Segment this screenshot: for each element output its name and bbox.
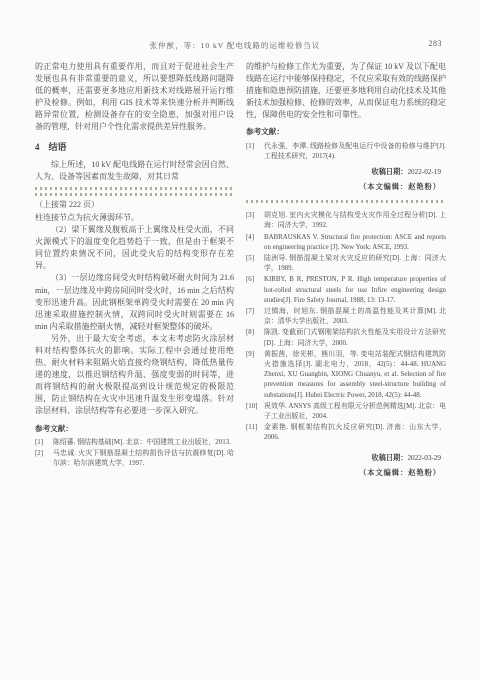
reference-item: [6] KIRBY, B R, PRESTON, P R. High tempe… xyxy=(246,275,446,306)
reference-number: [3] xyxy=(246,211,264,231)
reference-text: 陈凯. 变截面门式钢刚架结构抗火性能及实用设计方法研究[D]. 上海：同济大学，… xyxy=(264,328,446,348)
reference-number: [2] xyxy=(35,449,53,469)
reference-item: [11] 金素艳. 钢框架结构抗火反应研究[D]. 济南：山东大学，2006. xyxy=(246,423,446,443)
conclusion-paragraph: 综上所述，10 kV 配电线路在运行时经常会因自然、人为、设备等因素而发生故障，… xyxy=(35,159,234,183)
reference-number: [5] xyxy=(246,254,264,274)
page-number: 283 xyxy=(429,39,443,48)
reference-item: [1] 陈绍蕃. 钢结构基础[M]. 北京：中国建筑工业出版社，2013. xyxy=(35,438,234,448)
squiggle-divider xyxy=(35,187,234,190)
reference-item: [3] 胡克旭. 室内火灾模化与结构受火灾作用全过程分析[D]. 上海：同济大学… xyxy=(246,211,446,231)
references-heading: 参考文献： xyxy=(246,126,446,138)
reference-item: [5] 陆洲导. 钢筋混凝土梁对火灾反应的研究[D]. 上海：同济大学，1989… xyxy=(246,254,446,274)
paper-page: 张仲猷，等：10 kV 配电线路的运维检修刍议 283 的正常电力使用具有重要作… xyxy=(0,0,480,679)
received-date-value: 2022-03-29 xyxy=(407,454,441,462)
reference-item: [7] 过镇海，时旭东. 钢筋混凝土的高温性能及其计算[M]. 北京：清华大学出… xyxy=(246,307,446,327)
section-number: 4 xyxy=(35,142,40,152)
reference-number: [1] xyxy=(35,438,53,448)
section-heading: 4结语 xyxy=(35,141,234,153)
reference-text: 代永强，李潭. 线路检修及配电运行中设备的检修与维护[J]. 工程技术研究，20… xyxy=(264,142,446,162)
reference-number: [8] xyxy=(246,328,264,348)
reference-text: 过镇海，时旭东. 钢筋混凝土的高温性能及其计算[M]. 北京：清华大学出版社，2… xyxy=(264,307,446,327)
continued-paragraph: 柱连接节点为抗火薄弱环节。 xyxy=(35,212,234,224)
reference-number: [9] xyxy=(246,350,264,401)
reference-text: KIRBY, B R, PRESTON, P R. High temperatu… xyxy=(264,275,446,306)
reference-number: [6] xyxy=(246,275,264,306)
references-list-top: [1] 代永强，李潭. 线路检修及配电运行中设备的检修与维护[J]. 工程技术研… xyxy=(246,142,446,162)
intro-paragraph: 的正常电力使用具有重要作用，而且对于促进社会生产发展也具有非常重要的意义，所以要… xyxy=(35,61,234,134)
reference-item: [8] 陈凯. 变截面门式钢刚架结构抗火性能及实用设计方法研究[D]. 上海：同… xyxy=(246,328,446,348)
reference-item: [10] 祝效华. ANSYS 高级工程有限元分析范例精选[M]. 北京：电子工… xyxy=(246,402,446,422)
continued-paragraph: 另外，出于最大安全考虑，本文未考虑防火涂层材料对结构整体抗火的影响。实际工程中会… xyxy=(35,333,234,418)
squiggle-divider xyxy=(35,193,234,196)
reference-text: 胡克旭. 室内火灾模化与结构受火灾作用全过程分析[D]. 上海：同济大学，199… xyxy=(264,211,446,231)
received-date-label: 收稿日期： xyxy=(372,168,408,176)
editor-line: （本文编辑：赵艳粉） xyxy=(246,467,446,479)
running-head: 张仲猷，等：10 kV 配电线路的运维检修刍议 xyxy=(35,40,435,51)
right-column: 的维护与检修工作尤为重要，为了保证 10 kV 及以下配电线路在运行中能够保持稳… xyxy=(246,61,446,479)
body-paragraph: 的维护与检修工作尤为重要，为了保证 10 kV 及以下配电线路在运行中能够保持稳… xyxy=(246,61,446,121)
section-title: 结语 xyxy=(49,142,67,152)
continued-paragraph: （3）一层边缘房间受火时结构破坏耐火时间为 21.6 min，一层边缘及中跨房间… xyxy=(35,272,234,332)
squiggle-divider xyxy=(246,200,446,203)
reference-text: 陆洲导. 钢筋混凝土梁对火灾反应的研究[D]. 上海：同济大学，1989. xyxy=(264,254,446,274)
received-date-label: 收稿日期： xyxy=(372,454,408,462)
reference-item: [2] 马忠诚. 火灾下钢筋混凝土结构损伤评估与抗震修复[D]. 哈尔滨：哈尔滨… xyxy=(35,449,234,469)
reference-text: BABRAUSKAS V. Structural fire protection… xyxy=(264,233,446,253)
references-heading: 参考文献： xyxy=(35,423,234,435)
reference-text: 黄振茜，徐光彬，熊川羽，等. 变电站装配式钢结构建筑防火措施选择[J]. 湖北电… xyxy=(264,350,446,401)
reference-item: [9] 黄振茜，徐光彬，熊川羽，等. 变电站装配式钢结构建筑防火措施选择[J].… xyxy=(246,350,446,401)
reference-item: [1] 代永强，李潭. 线路检修及配电运行中设备的检修与维护[J]. 工程技术研… xyxy=(246,142,446,162)
received-date-line: 收稿日期：2022-02-19 xyxy=(246,166,446,178)
editor-line: （本文编辑：赵艳粉） xyxy=(246,181,446,193)
reference-item: [4] BABRAUSKAS V. Structural fire protec… xyxy=(246,233,446,253)
left-column: 的正常电力使用具有重要作用，而且对于促进社会生产发展也具有非常重要的意义，所以要… xyxy=(35,61,234,470)
references-list-bottom: [3] 胡克旭. 室内火灾模化与结构受火灾作用全过程分析[D]. 上海：同济大学… xyxy=(246,211,446,443)
reference-text: 祝效华. ANSYS 高级工程有限元分析范例精选[M]. 北京：电子工业出版社，… xyxy=(264,402,446,422)
reference-number: [1] xyxy=(246,142,264,162)
received-date-line: 收稿日期：2022-03-29 xyxy=(246,452,446,464)
reference-number: [10] xyxy=(246,402,264,422)
reference-number: [4] xyxy=(246,233,264,253)
reference-text: 陈绍蕃. 钢结构基础[M]. 北京：中国建筑工业出版社，2013. xyxy=(53,438,234,448)
reference-number: [7] xyxy=(246,307,264,327)
reference-text: 金素艳. 钢框架结构抗火反应研究[D]. 济南：山东大学，2006. xyxy=(264,423,446,443)
continued-paragraph: （2）梁下翼缘及腹板高于上翼缘及柱受火面，不同火源模式下的温度变化趋势趋于一致，… xyxy=(35,224,234,272)
references-list: [1] 陈绍蕃. 钢结构基础[M]. 北京：中国建筑工业出版社，2013. [2… xyxy=(35,438,234,470)
continued-from-note: （上接第 222 页） xyxy=(35,199,234,211)
reference-text: 马忠诚. 火灾下钢筋混凝土结构损伤评估与抗震修复[D]. 哈尔滨：哈尔滨建筑大学… xyxy=(53,449,234,469)
reference-number: [11] xyxy=(246,423,264,443)
received-date-value: 2022-02-19 xyxy=(407,168,441,176)
